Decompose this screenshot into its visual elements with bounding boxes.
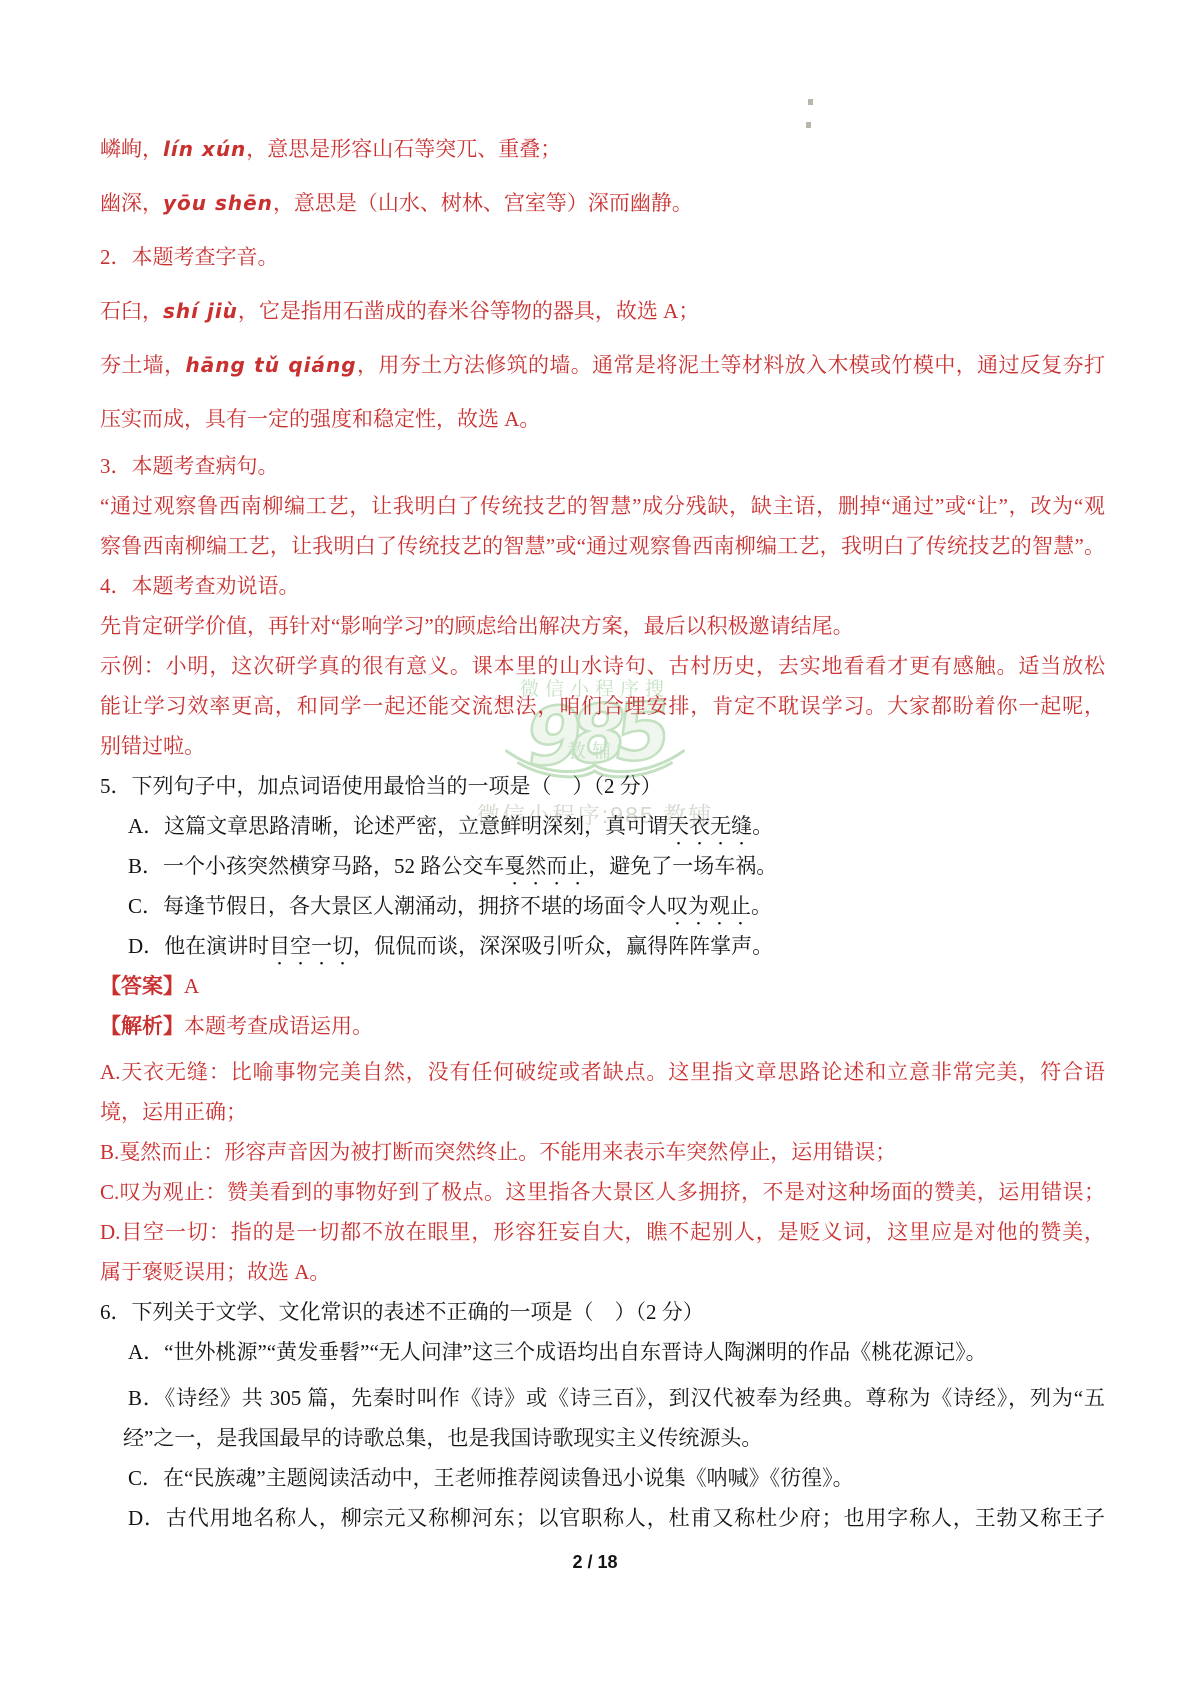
- analysis-line-hangtuqiang: 夯土墙，hāng tǔ qiáng，用夯土方法修筑的墙。通常是将泥土等材料放入木…: [100, 338, 1105, 392]
- answer-line: 【答案】A: [100, 966, 1105, 1006]
- emphasized-idiom: 叹为观止: [667, 894, 751, 918]
- answer-value: A: [184, 974, 199, 998]
- line-text: 石臼，: [100, 299, 163, 323]
- document-content: 嶙峋，lín xún，意思是形容山石等突兀、重叠； 幽深，yōu shēn，意思…: [100, 122, 1105, 1538]
- option-text: ，侃侃而谈，深深吸引听众，赢得阵阵掌声。: [353, 934, 773, 958]
- analysis-line: 别错过啦。: [100, 726, 1105, 766]
- emphasized-idiom: 戛然而止: [504, 854, 588, 878]
- page-artifact-dot: [808, 99, 813, 105]
- analysis-line-shijiu: 石臼，shí jiù，它是指用石凿成的舂米谷等物的器具，故选 A；: [100, 284, 1105, 338]
- page-number: 2 / 18: [0, 1552, 1190, 1573]
- question-5-option-c: C．每逢节假日，各大景区人潮涌动，拥挤不堪的场面令人叹为观止。: [100, 886, 1105, 926]
- analysis-line: 察鲁西南柳编工艺，让我明白了传统技艺的智慧”或“通过观察鲁西南柳编工艺，我明白了…: [100, 526, 1105, 566]
- emphasized-idiom: 天衣无缝: [668, 814, 752, 838]
- analysis-heading-q4: 4．本题考查劝说语。: [100, 566, 1105, 606]
- option-text: 。: [752, 814, 773, 838]
- question-6-option-c: C．在“民族魂”主题阅读活动中，王老师推荐阅读鲁迅小说集《呐喊》《彷徨》。: [100, 1458, 1105, 1498]
- analysis-line: 先肯定研学价值，再针对“影响学习”的顾虑给出解决方案，最后以积极邀请结尾。: [100, 606, 1105, 646]
- line-text: 嶙峋，: [100, 137, 163, 161]
- option-text: A．这篇文章思路清晰，论述严密，立意鲜明深刻，真可谓: [128, 814, 668, 838]
- document-page: 微信小程序搜 985 教辅 微信小程序:985 教辅 嶙峋，lín xún，意思…: [0, 0, 1190, 1683]
- pinyin-text: yōu shēn: [163, 191, 273, 215]
- option-text: C．每逢节假日，各大景区人潮涌动，拥挤不堪的场面令人: [128, 894, 667, 918]
- analysis-line: 示例：小明，这次研学真的很有意义。课本里的山水诗句、古村历史，去实地看看才更有感…: [100, 646, 1105, 686]
- analysis-line-youshen: 幽深，yōu shēn，意思是（山水、树林、宫室等）深而幽静。: [100, 176, 1105, 230]
- question-5-option-d: D．他在演讲时目空一切，侃侃而谈，深深吸引听众，赢得阵阵掌声。: [100, 926, 1105, 966]
- analysis-line: 境，运用正确；: [100, 1092, 1105, 1132]
- answer-label: 【答案】: [100, 974, 184, 998]
- line-text: 幽深，: [100, 191, 163, 215]
- analysis-label: 【解析】: [100, 1014, 184, 1038]
- question-5-stem: 5．下列句子中，加点词语使用最恰当的一项是（ ）（2 分）: [100, 766, 1105, 806]
- line-text: ，意思是形容山石等突兀、重叠；: [246, 137, 561, 161]
- option-text: D．他在演讲时: [128, 934, 269, 958]
- emphasized-idiom: 目空一切: [269, 934, 353, 958]
- analysis-line: C.叹为观止：赞美看到的事物好到了极点。这里指各大景区人多拥挤，不是对这种场面的…: [100, 1172, 1105, 1212]
- pinyin-text: shí jiù: [163, 299, 238, 323]
- question-6-option-a: A．“世外桃源”“黄发垂髫”“无人问津”这三个成语均出自东晋诗人陶渊明的作品《桃…: [100, 1332, 1105, 1372]
- analysis-line: D.目空一切：指的是一切都不放在眼里，形容狂妄自大，瞧不起别人，是贬义词，这里应…: [100, 1212, 1105, 1252]
- analysis-line: 属于褒贬误用；故选 A。: [100, 1252, 1105, 1292]
- line-text: 夯土墙，: [100, 353, 186, 377]
- option-text: 。: [751, 894, 772, 918]
- analysis-line: 能让学习效率更高，和同学一起还能交流想法，咱们合理安排，肯定不耽误学习。大家都盼…: [100, 686, 1105, 726]
- analysis-line: “通过观察鲁西南柳编工艺，让我明白了传统技艺的智慧”成分残缺，缺主语，删掉“通过…: [100, 486, 1105, 526]
- question-6-option-b: B．《诗经》共 305 篇，先秦时叫作《诗》或《诗三百》，到汉代被奉为经典。尊称…: [100, 1378, 1105, 1418]
- question-6-stem: 6．下列关于文学、文化常识的表述不正确的一项是（ ）（2 分）: [100, 1292, 1105, 1332]
- analysis-line: A.天衣无缝：比喻事物完美自然，没有任何破绽或者缺点。这里指文章思路论述和立意非…: [100, 1052, 1105, 1092]
- question-6-option-d: D．古代用地名称人，柳宗元又称柳河东；以官职称人，杜甫又称杜少府；也用字称人，王…: [100, 1498, 1105, 1538]
- analysis-line-linxun: 嶙峋，lín xún，意思是形容山石等突兀、重叠；: [100, 122, 1105, 176]
- analysis-line: 压实而成，具有一定的强度和稳定性，故选 A。: [100, 392, 1105, 446]
- pinyin-text: lín xún: [163, 137, 246, 161]
- analysis-label-line: 【解析】本题考查成语运用。: [100, 1006, 1105, 1046]
- line-text: ，它是指用石凿成的舂米谷等物的器具，故选 A；: [238, 299, 699, 323]
- pinyin-text: hāng tǔ qiáng: [186, 353, 357, 377]
- analysis-heading-q3: 3．本题考查病句。: [100, 446, 1105, 486]
- question-6-option-b-cont: 经”之一，是我国最早的诗歌总集，也是我国诗歌现实主义传统源头。: [100, 1418, 1105, 1458]
- analysis-intro: 本题考查成语运用。: [184, 1014, 373, 1038]
- analysis-line: B.戛然而止：形容声音因为被打断而突然终止。不能用来表示车突然停止，运用错误；: [100, 1132, 1105, 1172]
- question-5-option-a: A．这篇文章思路清晰，论述严密，立意鲜明深刻，真可谓天衣无缝。: [100, 806, 1105, 846]
- option-text: ，避免了一场车祸。: [588, 854, 777, 878]
- analysis-heading-q2: 2．本题考查字音。: [100, 230, 1105, 284]
- line-text: ，意思是（山水、树林、宫室等）深而幽静。: [273, 191, 693, 215]
- line-text: ，用夯土方法修筑的墙。通常是将泥土等材料放入木模或竹模中，通过反复夯打: [357, 353, 1105, 377]
- question-5-option-b: B．一个小孩突然横穿马路，52 路公交车戛然而止，避免了一场车祸。: [100, 846, 1105, 886]
- option-text: B．一个小孩突然横穿马路，52 路公交车: [128, 854, 504, 878]
